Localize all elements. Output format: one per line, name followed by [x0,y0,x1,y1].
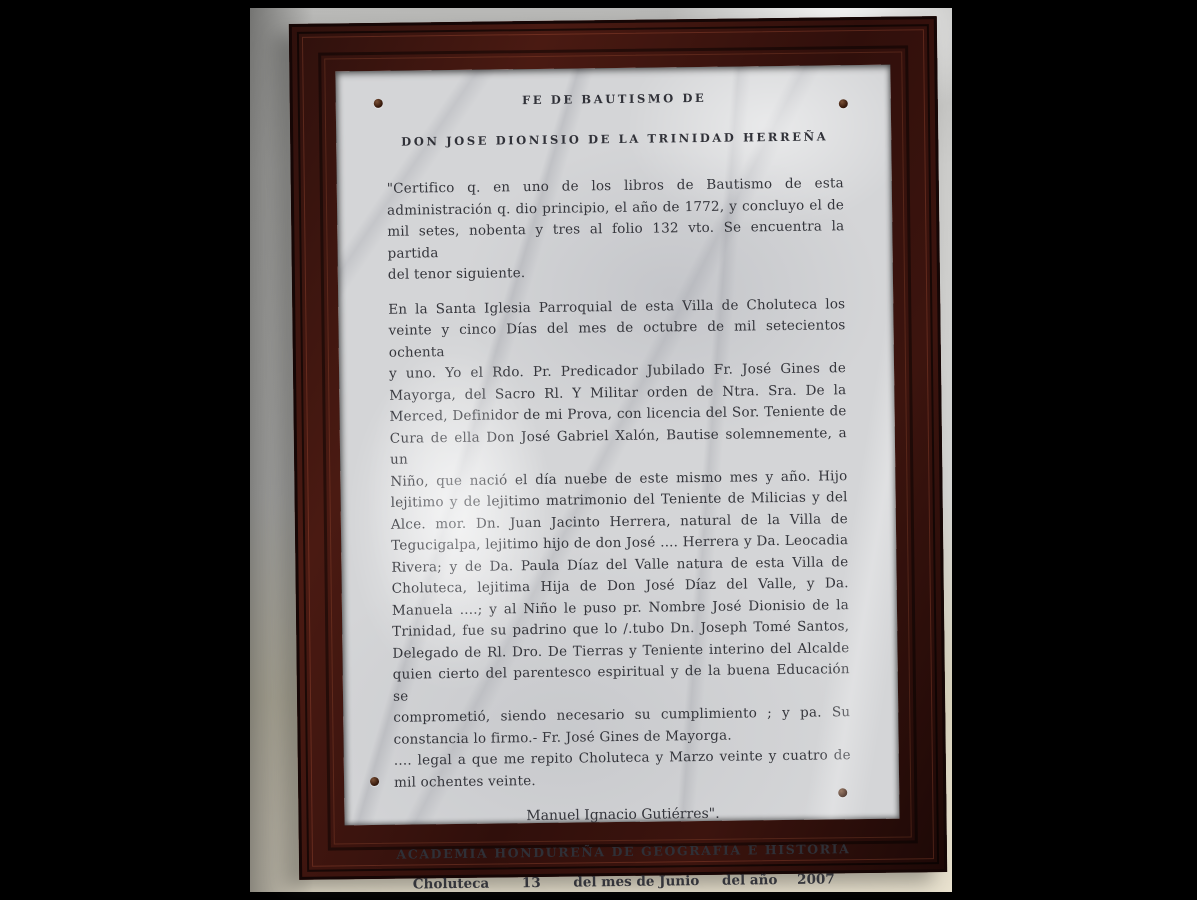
date-place: Choluteca [413,875,490,894]
closing-paragraph: .... legal a que me repito Choluteca y M… [394,745,851,794]
date-line: Choluteca 13 del mes de Junio del año 20… [395,870,852,894]
engraved-text-block: FE DE BAUTISMO DE DON JOSE DIONISIO DE L… [335,65,899,826]
date-day: 13 [522,874,541,892]
photograph-wall-background: FE DE BAUTISMO DE DON JOSE DIONISIO DE L… [250,8,952,892]
institution-line: ACADEMIA HONDUREÑA DE GEOGRAFIA E HISTOR… [395,841,852,863]
engraved-line: quien cierto del parentesco espiritual y… [393,659,850,708]
baptism-record-paragraph: En la Santa Iglesia Parroquial de esta V… [388,294,850,751]
date-month-phrase: del mes de Junio [573,872,699,892]
signature-line: Manuel Ignacio Gutiérres". [394,803,851,827]
wood-frame: FE DE BAUTISMO DE DON JOSE DIONISIO DE L… [289,16,947,880]
engraved-line: mil setes, nobenta y tres al folio 132 v… [387,216,844,265]
plaque-title-line1: FE DE BAUTISMO DE [386,89,843,109]
certification-paragraph: "Certifico q. en uno de los libros de Ba… [387,173,845,286]
engraved-line: veinte y cinco Días del mes de octubre d… [388,315,845,364]
date-year: 2007 [797,870,835,888]
date-year-phrase: del año [722,871,778,890]
plaque-title-line2: DON JOSE DIONISIO DE LA TRINIDAD HERREÑA [386,129,843,149]
engraved-line: del tenor siguiente. [388,259,845,286]
marble-plaque: FE DE BAUTISMO DE DON JOSE DIONISIO DE L… [335,65,899,826]
engraved-line: Cura de ella Don José Gabriel Xalón, Bau… [390,423,847,472]
